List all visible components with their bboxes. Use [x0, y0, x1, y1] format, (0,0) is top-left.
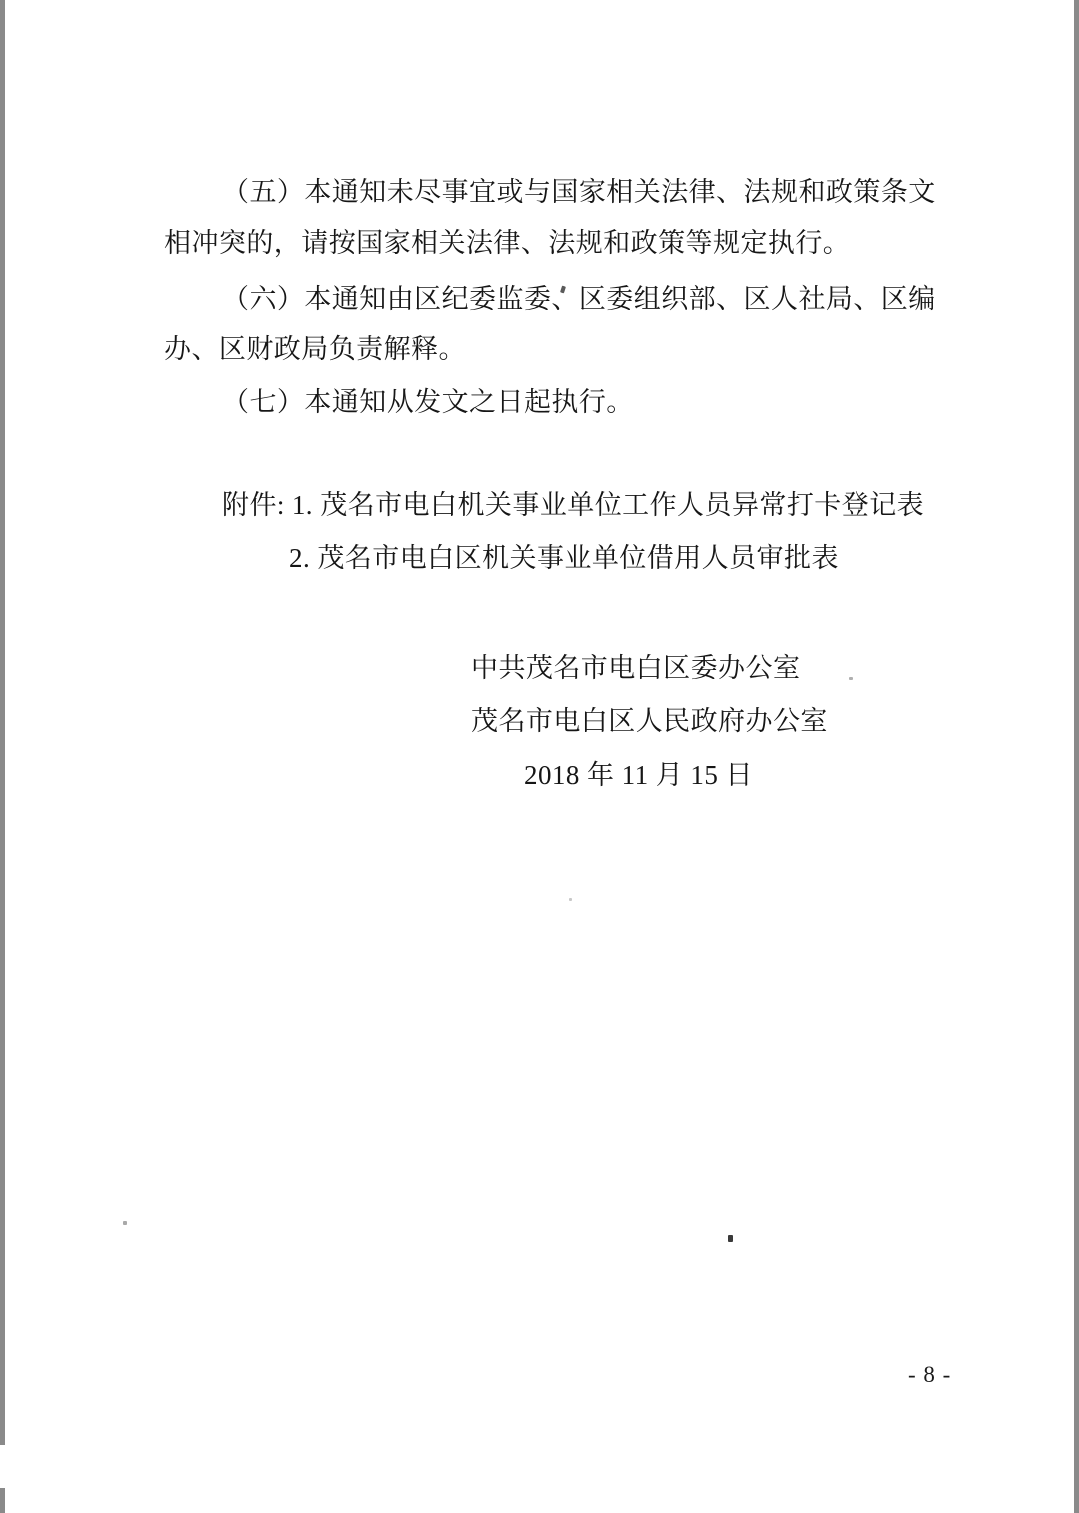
scan-speck	[569, 898, 572, 901]
scan-speck	[123, 1221, 127, 1225]
body-paragraph-line: （五）本通知未尽事宜或与国家相关法律、法规和政策条文	[222, 176, 936, 210]
attachment-label: 附件:	[222, 490, 285, 520]
left-edge-strip	[0, 0, 5, 1445]
signature-date: 2018 年 11 月 15 日	[524, 759, 753, 793]
attachment-item-2: 2. 茂名市电白区机关事业单位借用人员审批表	[289, 542, 839, 576]
body-paragraph-line: （六）本通知由区纪委监委、区委组织部、区人社局、区编	[222, 283, 936, 317]
page-number: - 8 -	[908, 1362, 951, 1388]
scan-speck	[728, 1235, 733, 1242]
signature-org-line-2: 茂名市电白区人民政府办公室	[471, 705, 828, 739]
body-paragraph-line: 办、区财政局负责解释。	[164, 333, 466, 367]
attachment-line-1: 附件:1. 茂名市电白机关事业单位工作人员异常打卡登记表	[222, 489, 924, 523]
left-edge-strip-bottom	[0, 1488, 5, 1513]
right-edge-strip	[1074, 0, 1079, 1513]
signature-org-line-1: 中共茂名市电白区委办公室	[471, 652, 800, 686]
scanned-document-page: （五）本通知未尽事宜或与国家相关法律、法规和政策条文 相冲突的，请按国家相关法律…	[0, 0, 1079, 1513]
attachment-item-1: 1. 茂名市电白机关事业单位工作人员异常打卡登记表	[292, 490, 924, 520]
body-paragraph-line: 相冲突的，请按国家相关法律、法规和政策等规定执行。	[164, 227, 850, 261]
scan-speck	[849, 677, 853, 680]
body-paragraph-line: （七）本通知从发文之日起执行。	[222, 386, 634, 420]
